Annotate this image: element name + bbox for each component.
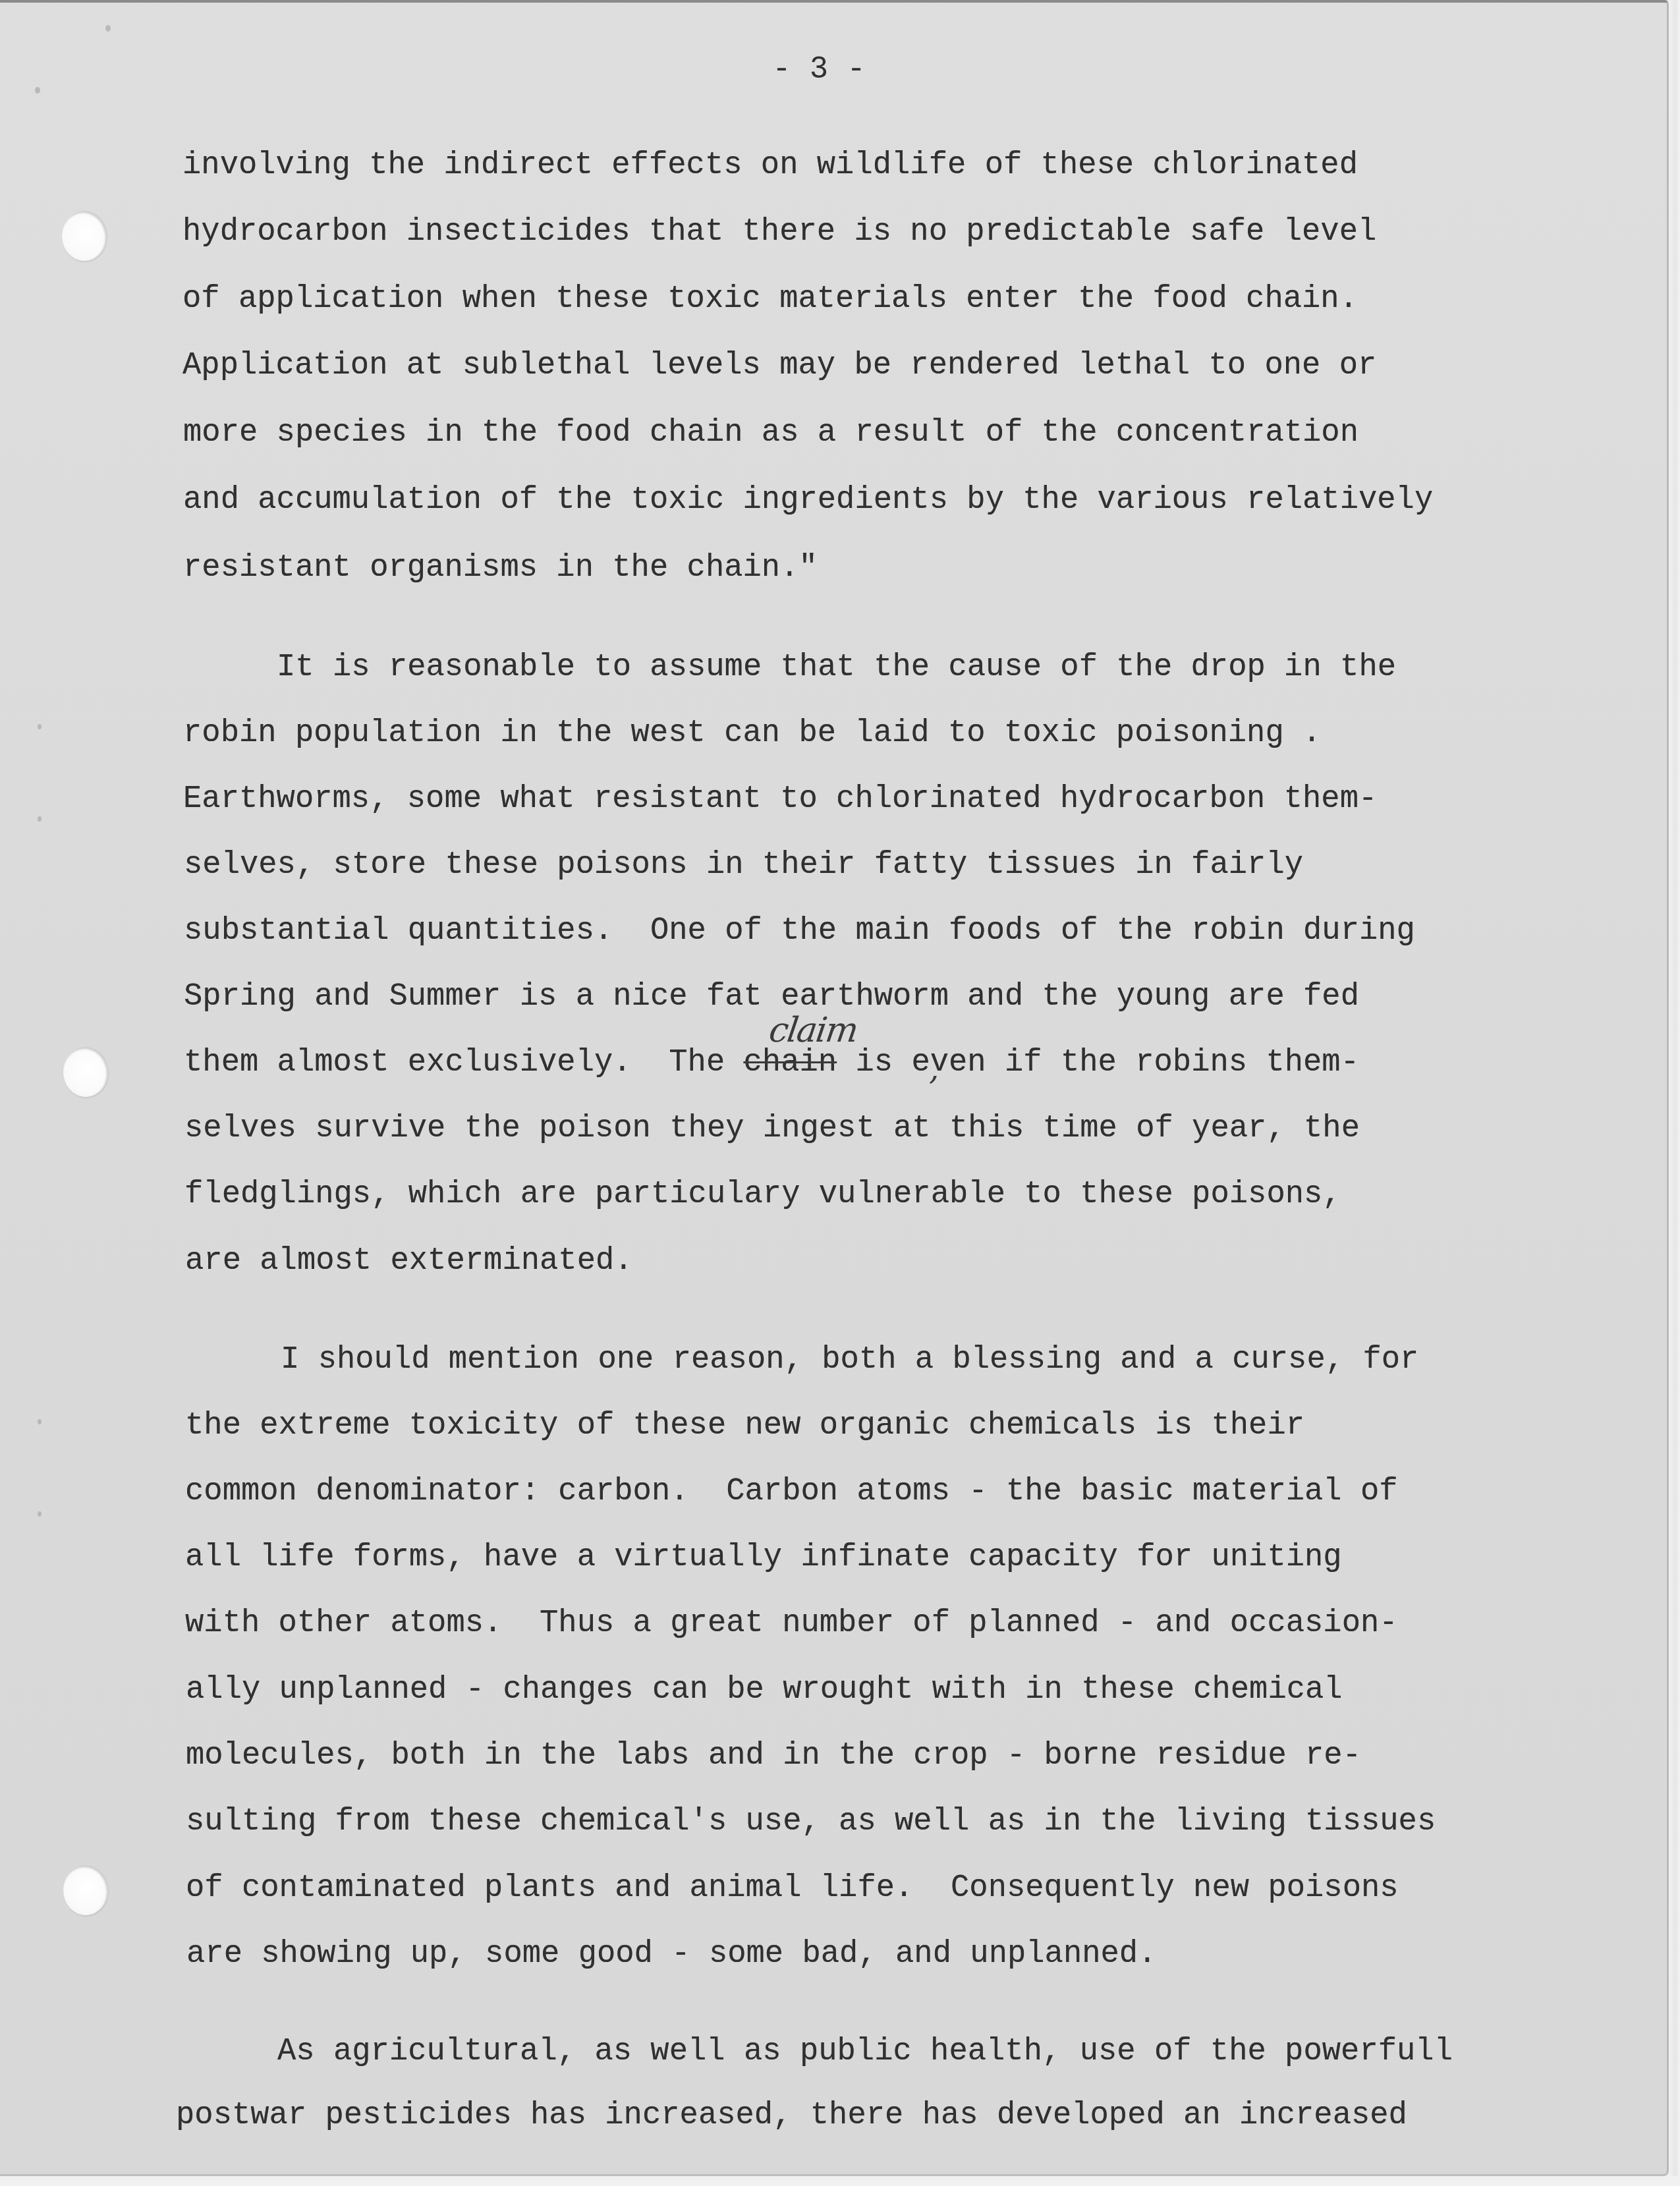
text-line: of application when these toxic material… <box>182 280 1358 320</box>
text-line: molecules, both in the labs and in the c… <box>186 1737 1361 1776</box>
line-text-after: is even if the robins them- <box>837 1046 1359 1080</box>
text-line: common denominator: carbon. Carbon atoms… <box>185 1472 1398 1512</box>
text-line: selves survive the poison they ingest at… <box>184 1109 1360 1149</box>
text-line: are almost exterminated. <box>185 1242 633 1281</box>
paper-speck <box>38 724 42 729</box>
text-line: Application at sublethal levels may be r… <box>182 347 1376 386</box>
paper-speck <box>38 816 42 822</box>
text-line: more species in the food chain as a resu… <box>183 414 1358 453</box>
text-line: hydrocarbon insecticides that there is n… <box>182 213 1376 252</box>
paper-speck <box>105 25 111 32</box>
line-text-before: them almost exclusively. The <box>184 1046 744 1080</box>
text-line: I should mention one reason, both a bles… <box>281 1341 1418 1380</box>
text-line: all life forms, have a virtually infinat… <box>185 1538 1342 1578</box>
text-line: with other atoms. Thus a great number of… <box>185 1604 1398 1644</box>
scanner-margin-bottom <box>0 2176 1680 2186</box>
text-line: Earthworms, some what resistant to chlor… <box>183 780 1377 820</box>
paper-speck <box>35 87 40 94</box>
paper-speck <box>38 1511 42 1517</box>
handwritten-comma: , <box>929 1055 939 1082</box>
handwritten-correction: claim <box>767 1011 860 1050</box>
text-line: substantial quantities. One of the main … <box>184 912 1415 951</box>
page-number: - 3 - <box>687 51 951 90</box>
punch-hole-middle <box>63 1047 108 1097</box>
text-line: selves, store these poisons in their fat… <box>184 846 1303 885</box>
text-line: ally unplanned - changes can be wrought … <box>186 1671 1343 1710</box>
text-line: are showing up, some good - some bad, an… <box>186 1935 1157 1975</box>
text-line: involving the indirect effects on wildli… <box>182 146 1358 186</box>
document-page: - 3 - involving the indirect effects on … <box>0 0 1669 2176</box>
punch-hole-top <box>62 211 107 261</box>
text-line: the extreme toxicity of these new organi… <box>185 1407 1304 1446</box>
text-line: sulting from these chemical's use, as we… <box>186 1803 1436 1842</box>
text-line: fledglings, which are particulary vulner… <box>184 1175 1341 1215</box>
paper-speck <box>38 1419 42 1424</box>
text-line: robin population in the west can be laid… <box>183 714 1321 754</box>
text-line: and accumulation of the toxic ingredient… <box>183 481 1433 520</box>
text-line: postwar pesticides has increased, there … <box>176 2096 1407 2136</box>
struck-word: chain <box>744 1046 837 1080</box>
punch-hole-bottom <box>63 1865 108 1915</box>
text-line: resistant organisms in the chain." <box>183 549 818 588</box>
scanner-margin-right <box>1669 0 1680 2186</box>
text-line: It is reasonable to assume that the caus… <box>277 648 1396 688</box>
text-line: of contaminated plants and animal life. … <box>186 1869 1399 1909</box>
text-line: As agricultural, as well as public healt… <box>277 2032 1453 2072</box>
